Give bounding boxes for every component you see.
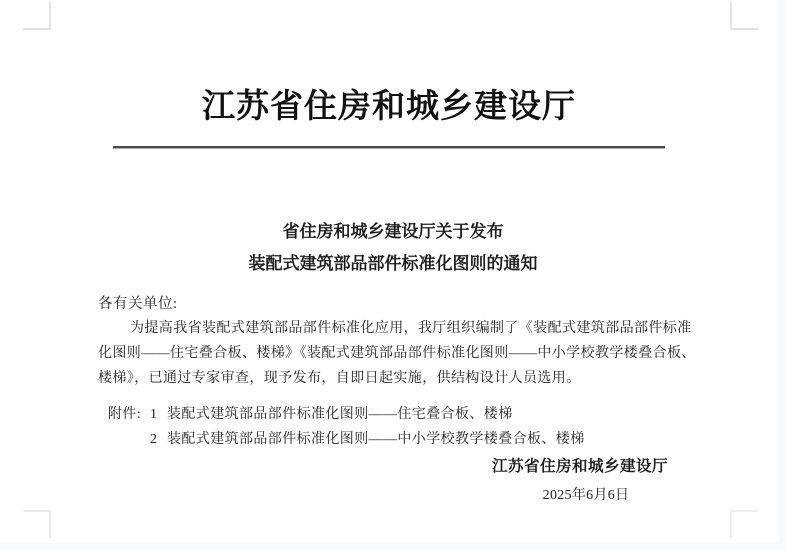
paragraph-line: 为提高我省装配式建筑部品部件标准化应用，我厅组织编制了《装配式建筑部品部件标准 xyxy=(98,316,698,341)
body-paragraph: 为提高我省装配式建筑部品部件标准化应用，我厅组织编制了《装配式建筑部品部件标准 … xyxy=(98,316,698,391)
issuing-authority-signature: 江苏省住房和城乡建设厅 xyxy=(98,454,668,476)
attachment-number: 2 xyxy=(150,427,157,452)
crop-mark-top-right xyxy=(730,2,758,30)
letterhead-title: 江苏省住房和城乡建设厅 xyxy=(98,80,680,127)
notice-title: 省住房和城乡建设厅关于发布 装配式建筑部品部件标准化图则的通知 xyxy=(98,216,688,280)
attachments-list: 附件: 1 装配式建筑部品部件标准化图则——住宅叠合板、楼梯 2 装配式建筑部品… xyxy=(108,402,708,452)
attachment-title: 装配式建筑部品部件标准化图则——中小学校教学楼叠合板、楼梯 xyxy=(167,432,585,447)
crop-mark-bottom-left xyxy=(23,510,51,538)
crop-mark-top-left xyxy=(23,2,51,30)
salutation: 各有关单位: xyxy=(98,292,178,313)
letterhead-rule xyxy=(113,146,665,149)
document-date: 2025年6月6日 xyxy=(541,484,631,504)
document-page: 江苏省住房和城乡建设厅 省住房和城乡建设厅关于发布 装配式建筑部品部件标准化图则… xyxy=(0,0,786,550)
paragraph-line: 化图则——住宅叠合板、楼梯》《装配式建筑部品部件标准化图则——中小学校教学楼叠合… xyxy=(98,341,698,366)
attachment-item: 附件: 1 装配式建筑部品部件标准化图则——住宅叠合板、楼梯 xyxy=(108,402,708,427)
attachment-item: 2 装配式建筑部品部件标准化图则——中小学校教学楼叠合板、楼梯 xyxy=(108,427,708,452)
crop-mark-bottom-right xyxy=(730,510,758,538)
paragraph-line: 楼梯》，已通过专家审查，现予发布，自即日起实施，供结构设计人员选用。 xyxy=(98,366,698,391)
attachment-number: 1 xyxy=(150,402,157,427)
attachment-title: 装配式建筑部品部件标准化图则——住宅叠合板、楼梯 xyxy=(167,407,513,422)
right-edge-band xyxy=(779,0,786,550)
notice-title-line-1: 省住房和城乡建设厅关于发布 xyxy=(98,216,688,248)
attachments-label: 附件: xyxy=(108,402,141,427)
bottom-edge-band xyxy=(0,543,786,550)
notice-title-line-2: 装配式建筑部品部件标准化图则的通知 xyxy=(98,248,688,280)
